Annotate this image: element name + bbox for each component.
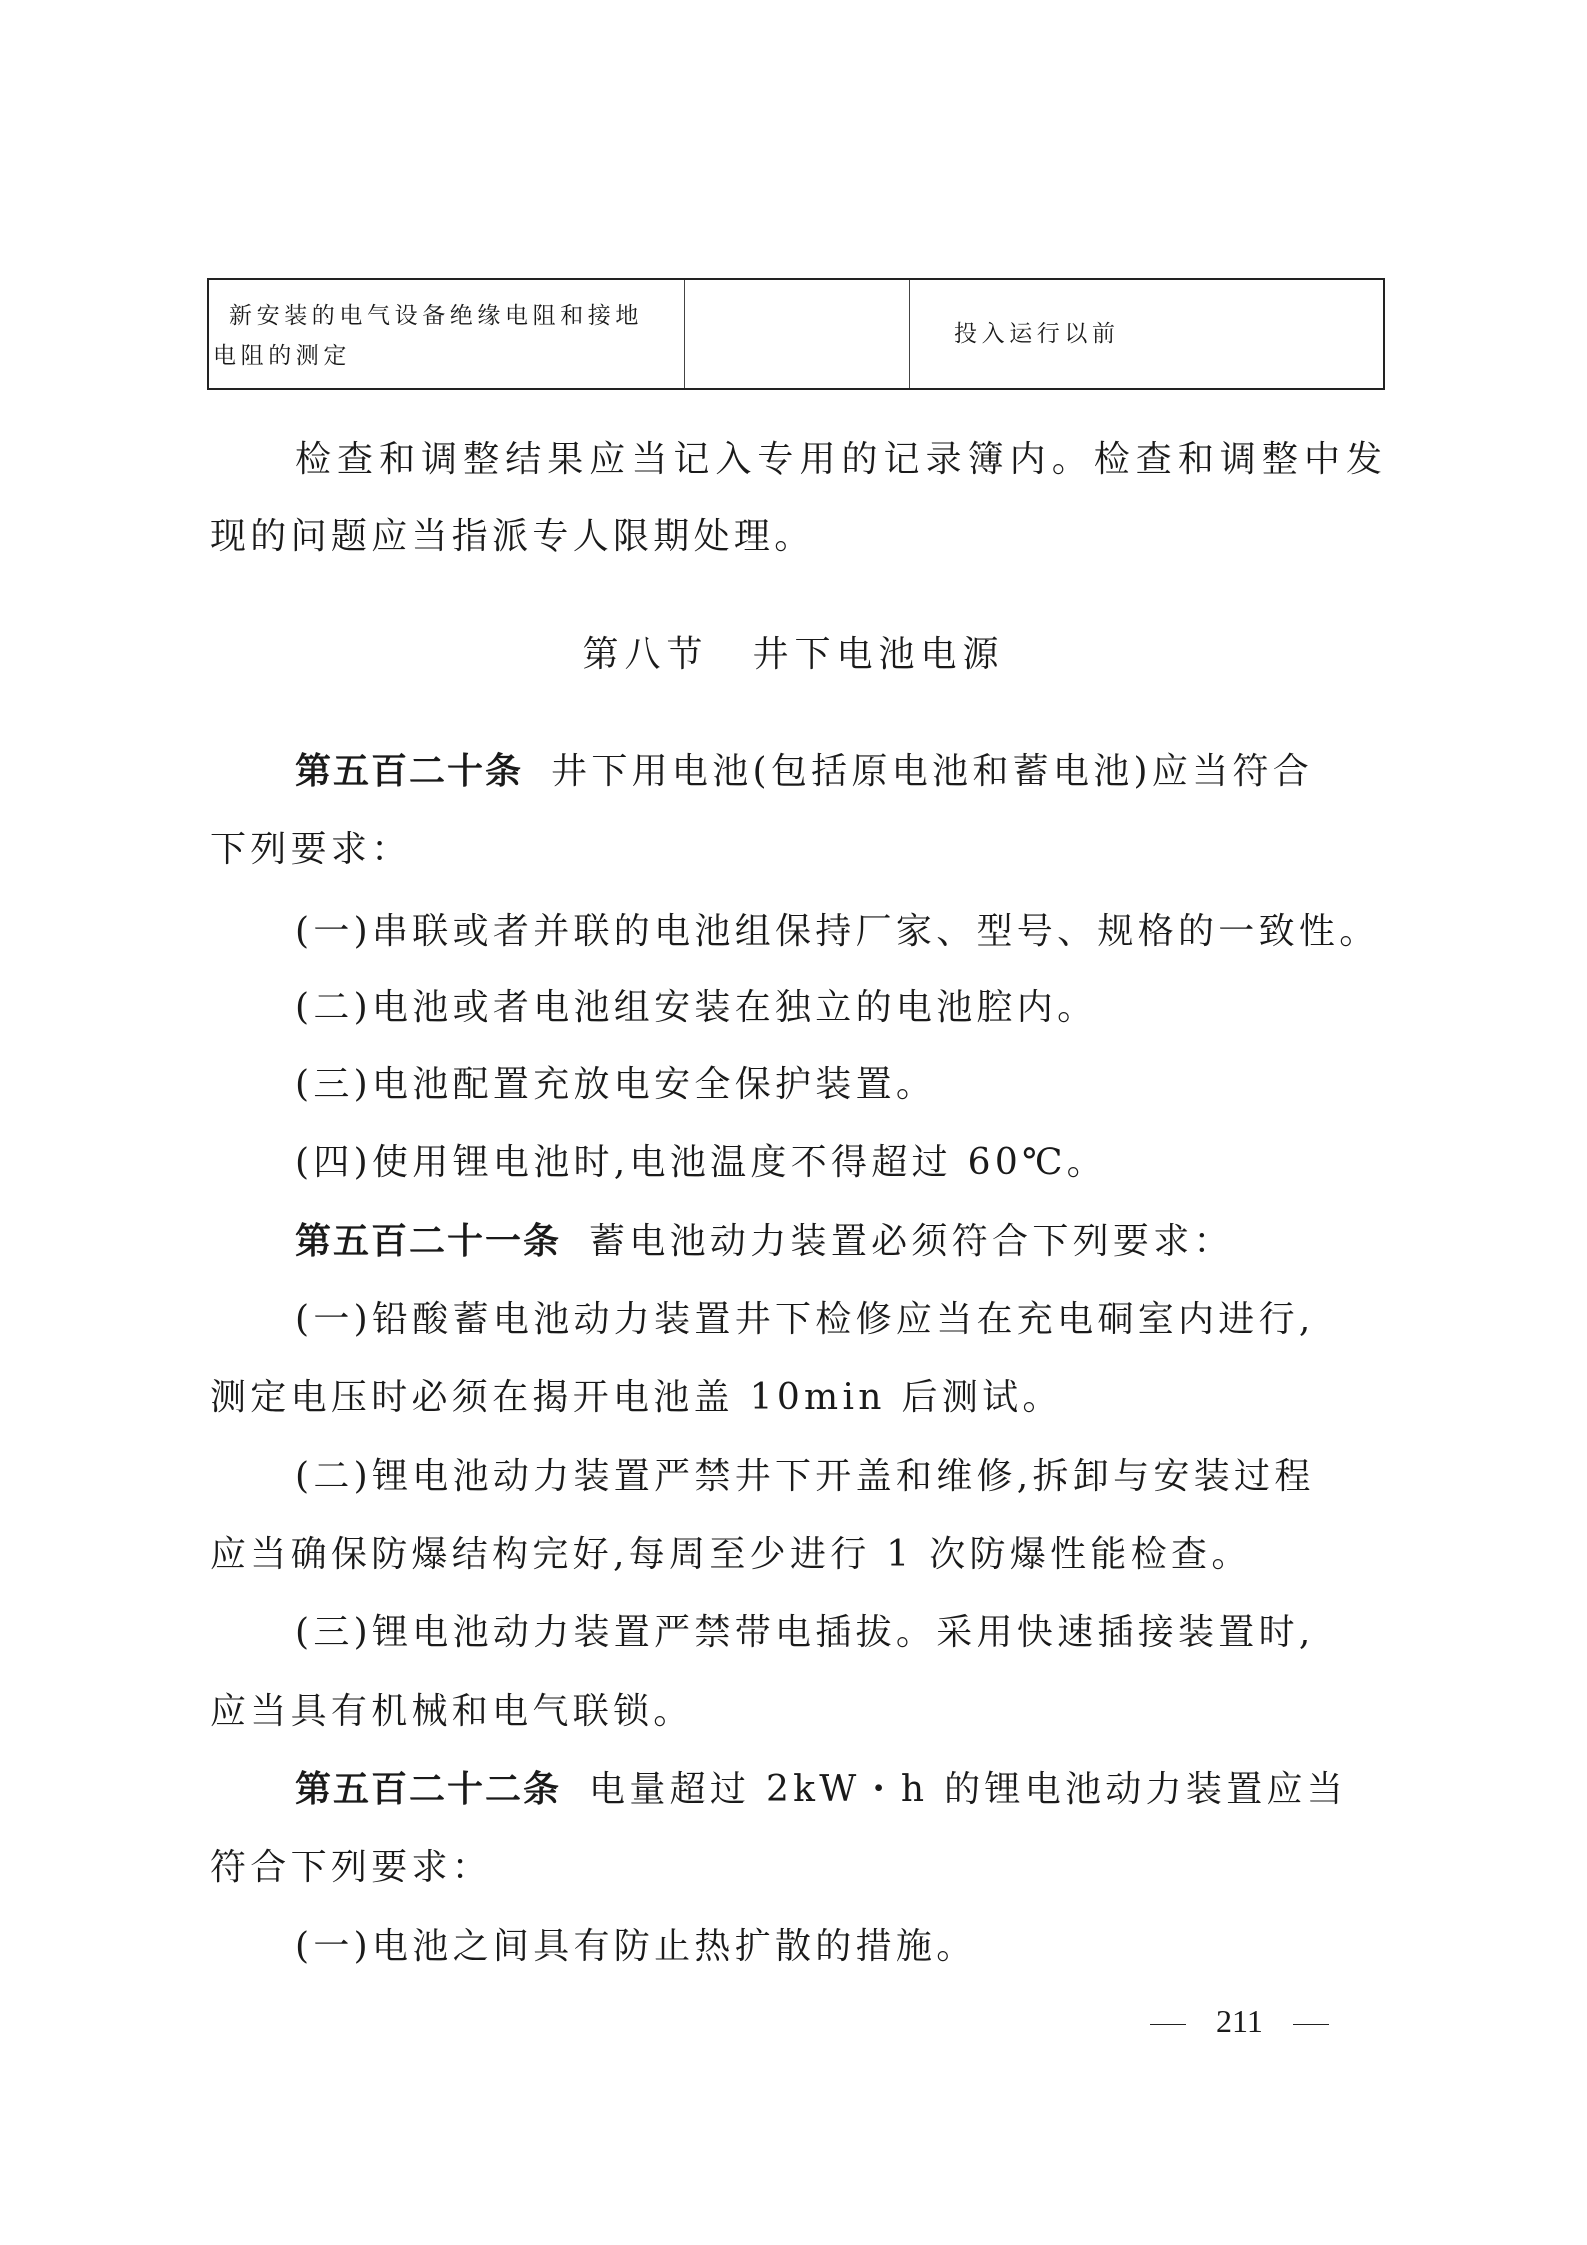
article-520-item-2: (二)电池或者电池组安装在独立的电池腔内。 (295, 986, 1382, 1030)
article-521-item-3-line2: 应当具有机械和电气联锁。 (210, 1690, 1382, 1734)
page-number-value: 211 (1216, 2003, 1263, 2039)
document-page: 新安装的电气设备绝缘电阻和接地 电阻的测定 投入运行以前 检查和调整结果应当记入… (0, 0, 1587, 2245)
section-title: 井下电池电源 (753, 634, 1005, 675)
article-521-item-1-line1: (一)铅酸蓄电池动力装置井下检修应当在充电硐室内进行, (295, 1298, 1382, 1342)
table-cell-note: 投入运行以前 (910, 280, 1383, 388)
table-cell-item-line2: 电阻的测定 (213, 342, 351, 370)
page-number-dash-right (1293, 2024, 1329, 2025)
article-522-item-1: (一)电池之间具有防止热扩散的措施。 (295, 1925, 1382, 1969)
table-cell-note-text: 投入运行以前 (954, 320, 1120, 348)
article-521-item-2-line1: (二)锂电池动力装置严禁井下开盖和维修,拆卸与安装过程 (295, 1455, 1382, 1499)
page-number-dash-left (1150, 2024, 1186, 2025)
inspection-table: 新安装的电气设备绝缘电阻和接地 电阻的测定 投入运行以前 (207, 278, 1385, 390)
article-520-item-4: (四)使用锂电池时,电池温度不得超过 60℃。 (295, 1141, 1382, 1185)
article-520-item-1: (一)串联或者并联的电池组保持厂家、型号、规格的一致性。 (295, 910, 1382, 954)
article-522-line2: 符合下列要求： (210, 1846, 1382, 1890)
article-521-item-2-line2: 应当确保防爆结构完好,每周至少进行 1 次防爆性能检查。 (210, 1533, 1382, 1577)
page-number: 211 (1150, 2003, 1350, 2039)
article-number: 第五百二十二条 (295, 1769, 561, 1810)
article-521-item-3-line1: (三)锂电池动力装置严禁带电插拔。采用快速插接装置时, (295, 1611, 1382, 1655)
table-cell-item: 新安装的电气设备绝缘电阻和接地 电阻的测定 (209, 280, 685, 388)
article-text: 蓄电池动力装置必须符合下列要求： (589, 1221, 1234, 1262)
article-522-line1: 第五百二十二条电量超过 2kW・h 的锂电池动力装置应当 (295, 1768, 1382, 1812)
table-cell-item-line1: 新安装的电气设备绝缘电阻和接地 (229, 302, 643, 330)
article-520-line1: 第五百二十条井下用电池(包括原电池和蓄电池)应当符合 (295, 750, 1382, 794)
article-520-line2: 下列要求： (210, 828, 1382, 872)
article-521-item-1-line2: 测定电压时必须在揭开电池盖 10min 后测试。 (210, 1376, 1382, 1420)
article-number: 第五百二十一条 (295, 1221, 561, 1262)
section-heading: 第八节井下电池电源 (0, 633, 1587, 677)
section-number: 第八节 (582, 634, 708, 675)
paragraph-line: 现的问题应当指派专人限期处理。 (210, 515, 1382, 559)
article-521-line1: 第五百二十一条蓄电池动力装置必须符合下列要求： (295, 1220, 1382, 1264)
table-cell-period (685, 280, 910, 388)
paragraph-line: 检查和调整结果应当记入专用的记录簿内。检查和调整中发 (295, 438, 1382, 482)
article-520-item-3: (三)电池配置充放电安全保护装置。 (295, 1063, 1382, 1107)
article-text: 井下用电池(包括原电池和蓄电池)应当符合 (551, 751, 1313, 792)
article-text: 电量超过 2kW・h 的锂电池动力装置应当 (589, 1769, 1347, 1810)
article-number: 第五百二十条 (295, 751, 523, 792)
